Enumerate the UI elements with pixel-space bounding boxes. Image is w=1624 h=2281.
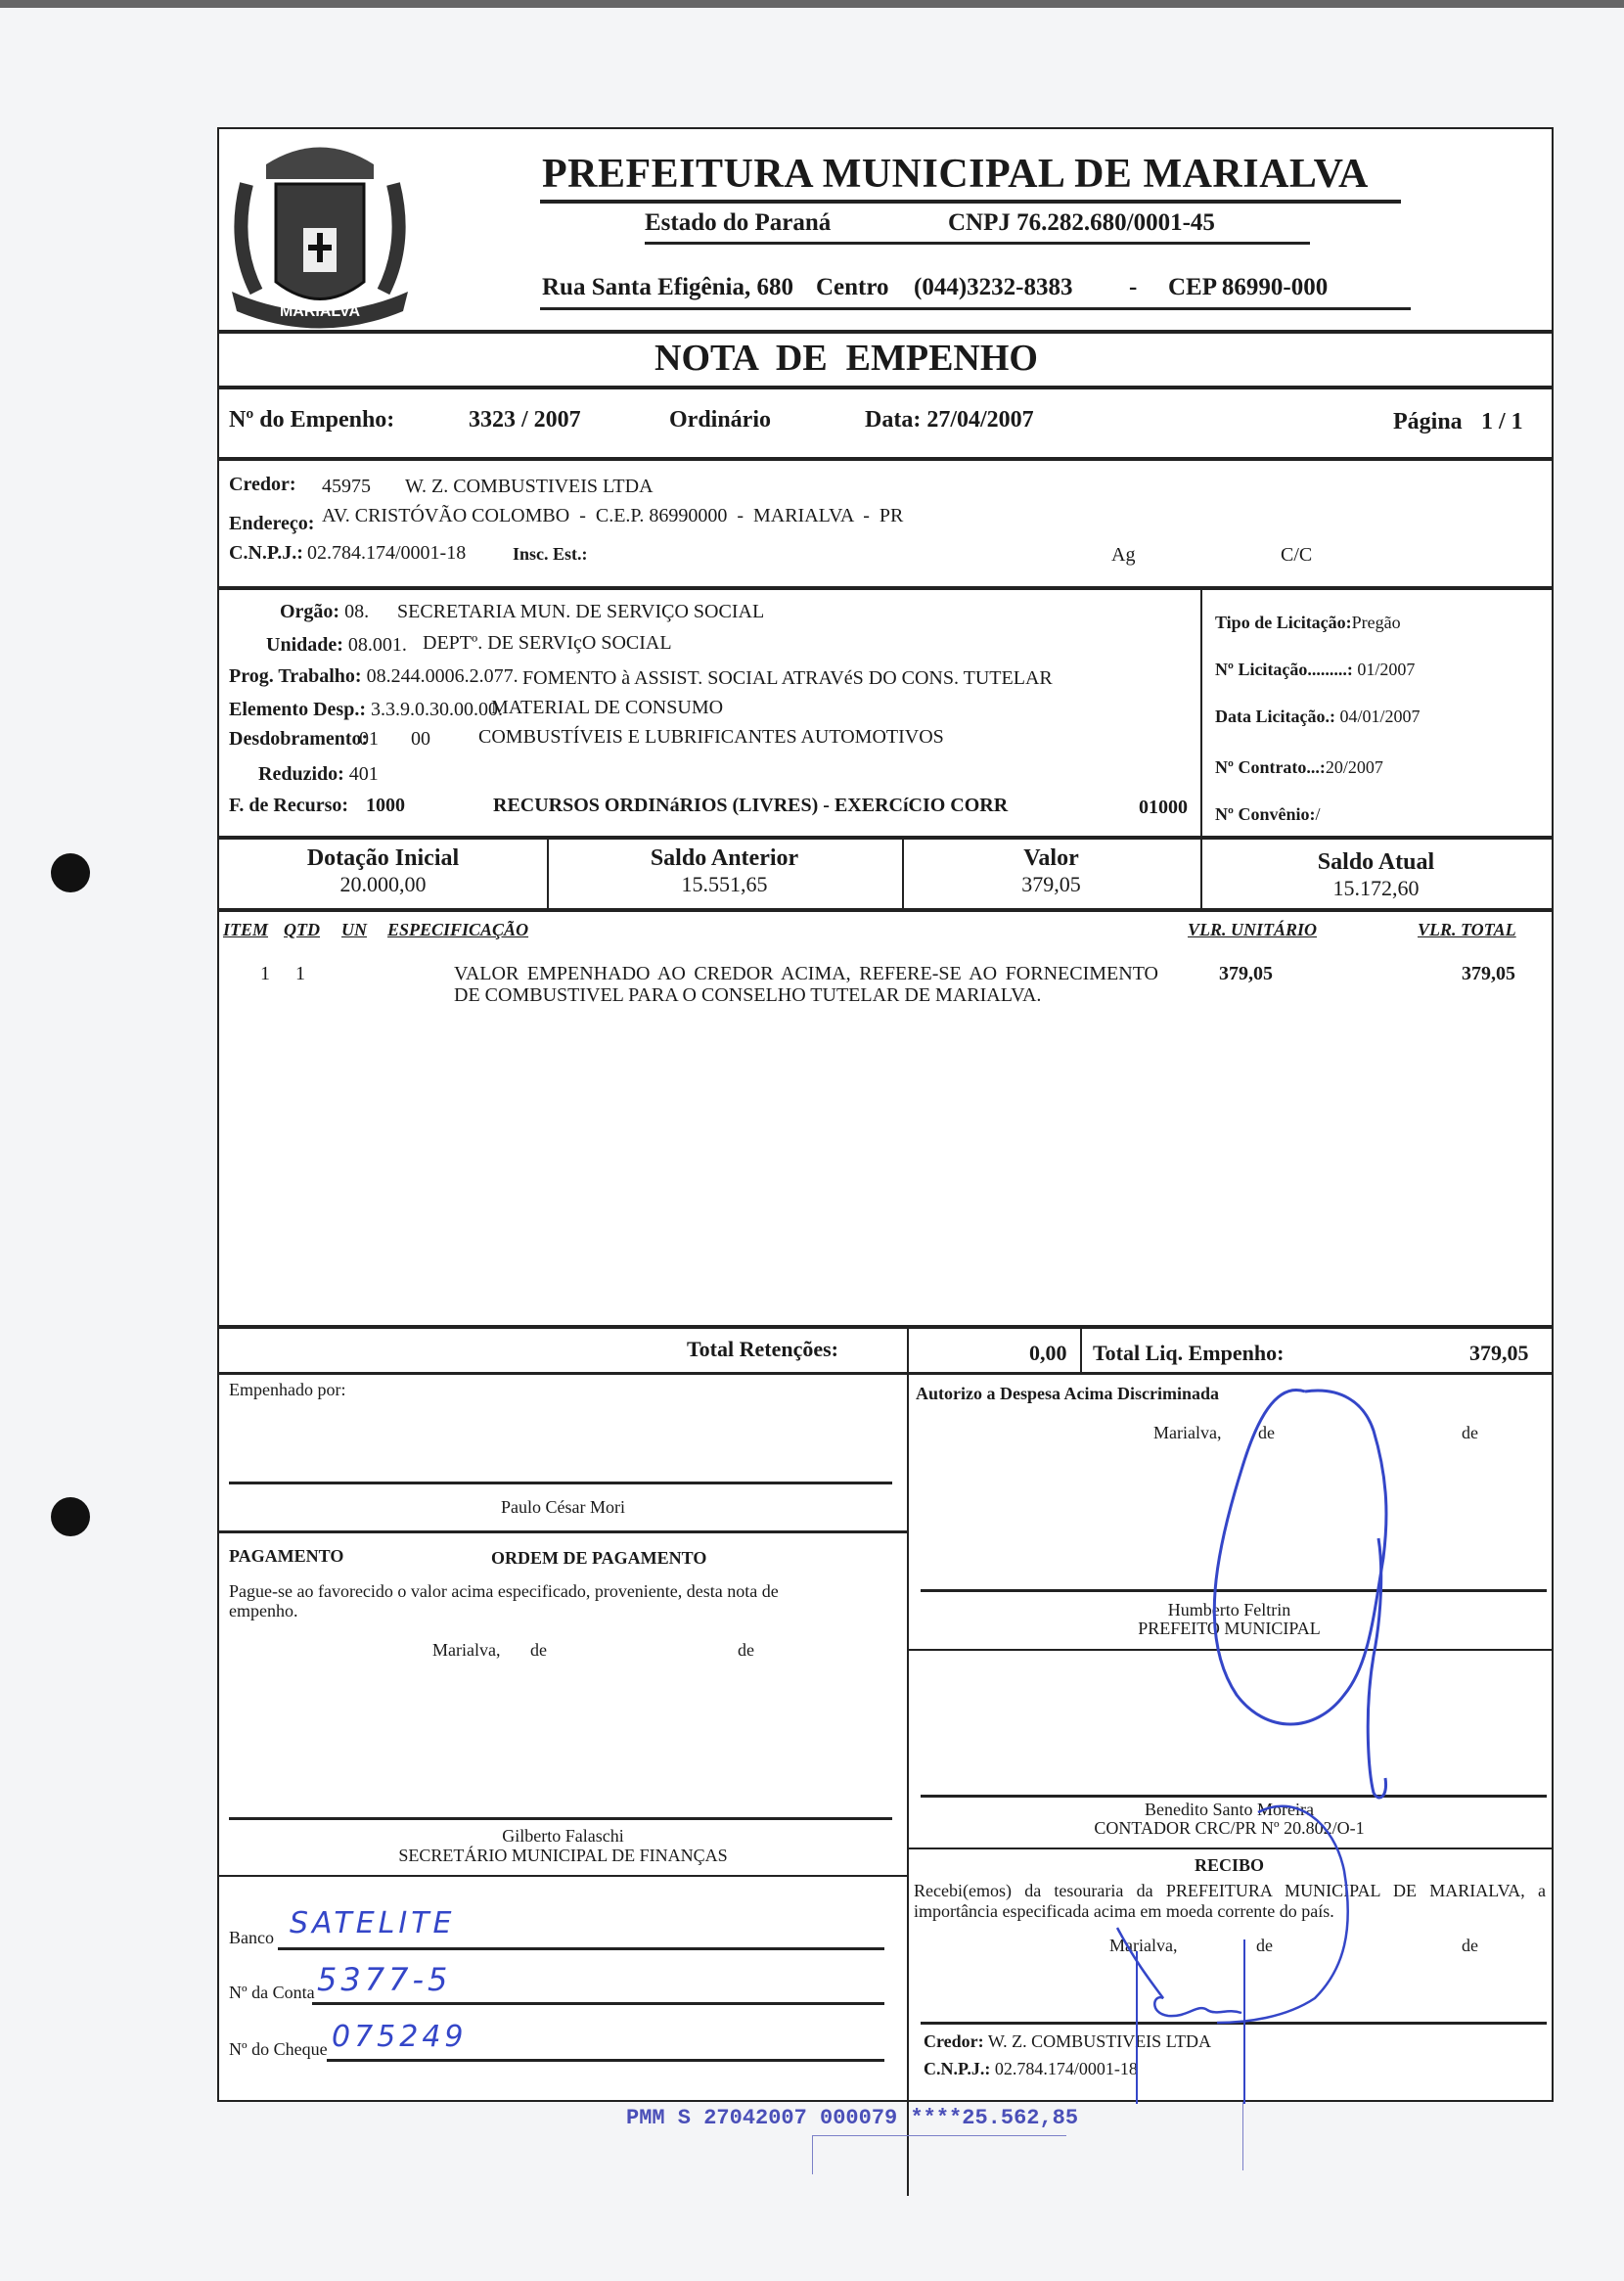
punch-hole — [51, 853, 90, 892]
pen-stroke — [1242, 2102, 1243, 2170]
scan-edge — [0, 0, 1624, 8]
handwritten-signature-icon — [219, 129, 1556, 2104]
payment-stamp: PMM S 27042007 000079 ****25.562,85 — [626, 2106, 1078, 2130]
nota-de-empenho-form: MARIALVA PREFEITURA MUNICIPAL DE MARIALV… — [217, 127, 1554, 2102]
punch-hole — [51, 1497, 90, 1536]
pen-stroke — [812, 2135, 813, 2174]
stamp-underline — [812, 2135, 1066, 2136]
